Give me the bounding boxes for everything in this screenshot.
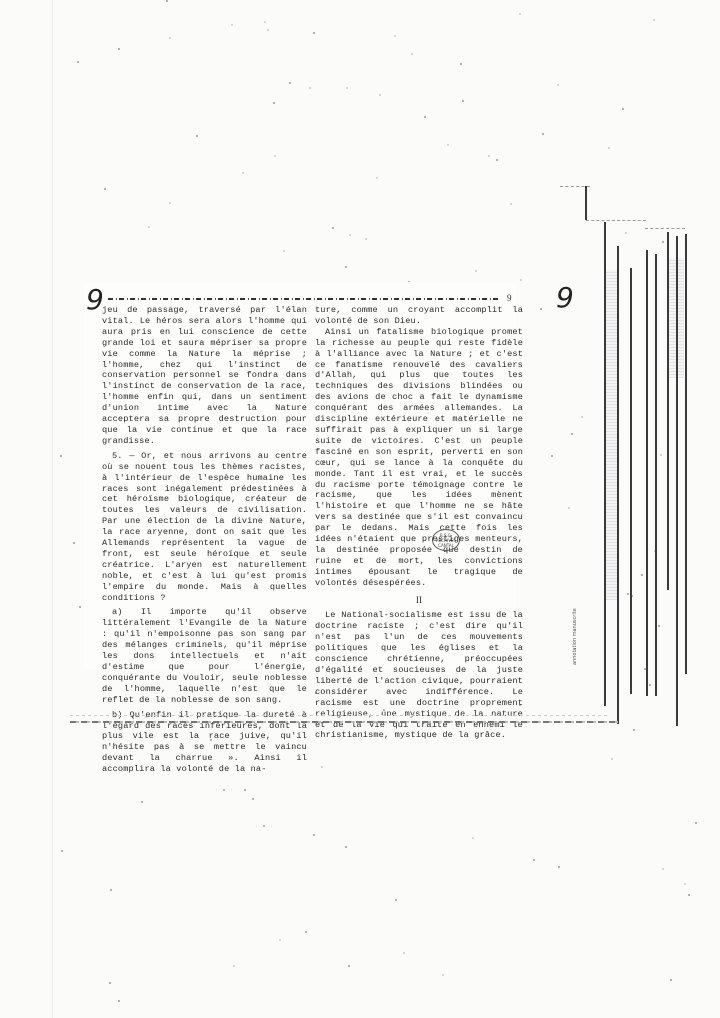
dust-speck	[571, 433, 573, 435]
article-column-left: jeu de passage, traversé par l'élan vita…	[102, 305, 307, 775]
dust-speck	[264, 21, 266, 23]
dust-speck	[488, 155, 490, 157]
dust-speck	[442, 974, 444, 976]
dust-speck	[321, 766, 323, 768]
dust-speck	[684, 883, 686, 885]
paragraph: jeu de passage, traversé par l'élan vita…	[102, 305, 307, 447]
dust-speck	[273, 102, 275, 104]
dust-speck	[109, 982, 111, 984]
dust-speck	[622, 108, 624, 110]
article-column-right: ture, comme un croyant accomplit la volo…	[315, 305, 523, 741]
dust-speck	[73, 542, 75, 544]
dust-speck	[625, 232, 627, 234]
dust-speck	[660, 454, 662, 456]
dust-speck	[242, 172, 244, 174]
dust-speck	[231, 24, 233, 26]
paragraph: 5. — Or, et nous arrivons au centre où s…	[102, 451, 307, 604]
dust-speck	[346, 87, 348, 89]
paragraph: b) Qu'enfin il pratique la dureté à l'ég…	[102, 710, 307, 775]
dust-speck	[104, 188, 106, 190]
dust-speck	[558, 866, 560, 868]
dust-speck	[395, 899, 397, 901]
dust-speck	[61, 850, 63, 852]
dust-speck	[60, 455, 62, 457]
dust-speck	[608, 147, 610, 149]
dust-speck	[695, 822, 697, 824]
archive-stamp: R.S.G. ARCHIVES CANTAL	[432, 529, 460, 551]
dust-speck	[662, 241, 664, 243]
dust-speck	[510, 203, 512, 205]
page-edge-line	[646, 250, 648, 696]
dust-speck	[110, 889, 112, 891]
dust-speck	[670, 979, 672, 981]
handwritten-page-number-right: 9	[556, 284, 574, 312]
dust-speck	[309, 87, 311, 89]
back-page-edge	[585, 186, 587, 220]
dust-speck	[345, 266, 347, 268]
page-edge-line	[676, 236, 678, 726]
dust-speck	[633, 729, 635, 731]
paragraph: a) Il importe qu'il observe littéralemen…	[102, 607, 307, 705]
dust-speck	[305, 931, 307, 933]
dust-speck	[169, 37, 171, 39]
dust-speck	[520, 279, 522, 281]
dust-speck	[394, 35, 396, 37]
dust-speck	[313, 32, 315, 34]
header-rule	[108, 298, 500, 300]
dust-speck	[349, 234, 351, 236]
dust-speck	[376, 177, 378, 179]
dust-speck	[118, 48, 120, 50]
page-edge-line	[630, 268, 632, 694]
back-page-edge	[586, 220, 646, 221]
dust-speck	[345, 846, 347, 848]
dust-speck	[542, 133, 544, 135]
dust-speck	[496, 159, 498, 161]
dust-speck	[223, 789, 225, 791]
dust-speck	[141, 801, 143, 803]
dust-speck	[283, 250, 285, 252]
dust-speck	[649, 684, 651, 686]
dust-speck	[379, 94, 381, 96]
dust-speck	[196, 135, 198, 137]
dust-speck	[148, 226, 150, 228]
page-edge-line	[655, 254, 657, 696]
dust-speck	[460, 63, 462, 65]
section-heading: II	[315, 595, 523, 606]
printed-folio: 9	[507, 293, 512, 303]
paragraph: ture, comme un croyant accomplit la volo…	[315, 305, 523, 327]
dust-speck	[365, 238, 367, 240]
back-page-edge	[645, 228, 685, 229]
dust-speck	[263, 825, 265, 827]
dust-speck	[244, 789, 246, 791]
dust-speck	[313, 834, 315, 836]
scan-edge	[52, 0, 53, 1018]
dust-speck	[519, 13, 521, 15]
dust-speck	[332, 227, 334, 229]
dust-speck	[688, 894, 690, 896]
dust-speck	[568, 507, 570, 509]
dust-speck	[475, 270, 477, 272]
dust-speck	[551, 455, 553, 457]
bottom-edge-line	[70, 721, 620, 723]
dust-speck	[462, 100, 464, 102]
dust-speck	[627, 593, 629, 595]
dust-speck	[252, 798, 254, 800]
page-edge-line	[685, 234, 687, 674]
dust-speck	[533, 859, 535, 861]
dust-speck	[662, 868, 664, 870]
dust-speck	[611, 758, 613, 760]
paragraph: Ainsi un fatalisme biologique promet la …	[315, 327, 523, 589]
bottom-edge-line	[70, 715, 610, 716]
dust-speck	[233, 965, 235, 967]
dust-speck	[581, 416, 583, 418]
dust-speck	[658, 625, 660, 627]
dust-speck	[348, 965, 350, 967]
dust-speck	[279, 939, 281, 941]
dust-speck	[540, 308, 542, 310]
page-edge-line	[617, 246, 619, 724]
dust-speck	[403, 952, 405, 954]
margin-annotation: annotation manuscrite	[572, 605, 580, 665]
dust-speck	[641, 574, 643, 576]
dust-speck	[447, 144, 449, 146]
dust-speck	[411, 53, 413, 55]
dust-speck	[472, 837, 474, 839]
dust-speck	[166, 0, 168, 2]
dust-speck	[169, 202, 171, 204]
stamp-line: CANTAL	[433, 543, 459, 548]
dust-speck	[653, 19, 655, 21]
dust-speck	[289, 82, 291, 84]
dust-speck	[267, 29, 269, 31]
dust-speck	[557, 84, 559, 86]
page-edge-line	[667, 232, 669, 590]
dust-speck	[77, 61, 79, 63]
dust-speck	[424, 116, 426, 118]
dust-speck	[274, 155, 276, 157]
page-edge-line	[604, 222, 606, 706]
dust-speck	[118, 1000, 120, 1002]
dust-speck	[79, 606, 81, 608]
